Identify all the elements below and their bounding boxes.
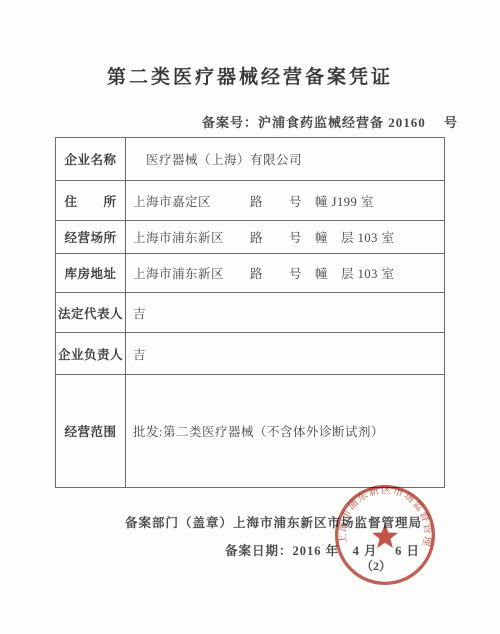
table-row: 住 所 上海市嘉定区 路 号 幢 J199 室 — [56, 181, 445, 221]
table-row: 企业名称 医疗器械（上海）有限公司 — [56, 138, 445, 181]
certificate-page: 第二类医疗器械经营备案凭证 备案号：沪浦食药监械经营备 20160 号 企业名称… — [0, 0, 500, 634]
filing-number-suffix: 号 — [444, 112, 458, 131]
field-value: 吉 — [126, 333, 445, 375]
field-value: 上海市嘉定区 路 号 幢 J199 室 — [126, 181, 445, 221]
filing-number-text: 备案号：沪浦食药监械经营备 20160 — [202, 112, 426, 131]
table-row: 经营场所 上海市浦东新区 路 号 幢 层 103 室 — [56, 221, 445, 254]
field-value: 上海市浦东新区 路 号 幢 层 103 室 — [126, 254, 445, 293]
table-row: 法定代表人 吉 — [56, 293, 445, 333]
star-icon — [372, 524, 398, 548]
official-seal: 上海市浦东新区市场监督管理局 — [333, 483, 437, 587]
certificate-table: 企业名称 医疗器械（上海）有限公司 住 所 上海市嘉定区 路 号 幢 J199 … — [55, 137, 445, 488]
field-label: 法定代表人 — [56, 293, 126, 333]
table-row: 企业负责人 吉 — [56, 333, 445, 375]
field-value: 医疗器械（上海）有限公司 — [126, 138, 445, 181]
field-label: 经营范围 — [56, 375, 126, 488]
table-row: 库房地址 上海市浦东新区 路 号 幢 层 103 室 — [56, 254, 445, 293]
table-row: 经营范围 批发:第二类医疗器械（不含体外诊断试剂） — [56, 375, 445, 488]
official-seal-graphic: 上海市浦东新区市场监督管理局 — [333, 483, 437, 587]
field-label: 住 所 — [56, 181, 126, 221]
field-value: 吉 — [126, 293, 445, 333]
field-value: 批发:第二类医疗器械（不含体外诊断试剂） — [126, 375, 445, 488]
field-label: 企业负责人 — [56, 333, 126, 375]
field-label: 企业名称 — [56, 138, 126, 181]
page-title: 第二类医疗器械经营备案凭证 — [0, 62, 500, 89]
field-label: 库房地址 — [56, 254, 126, 293]
field-value: 上海市浦东新区 路 号 幢 层 103 室 — [126, 221, 445, 254]
field-label: 经营场所 — [56, 221, 126, 254]
filing-number-line: 备案号：沪浦食药监械经营备 20160 号 — [202, 112, 458, 131]
